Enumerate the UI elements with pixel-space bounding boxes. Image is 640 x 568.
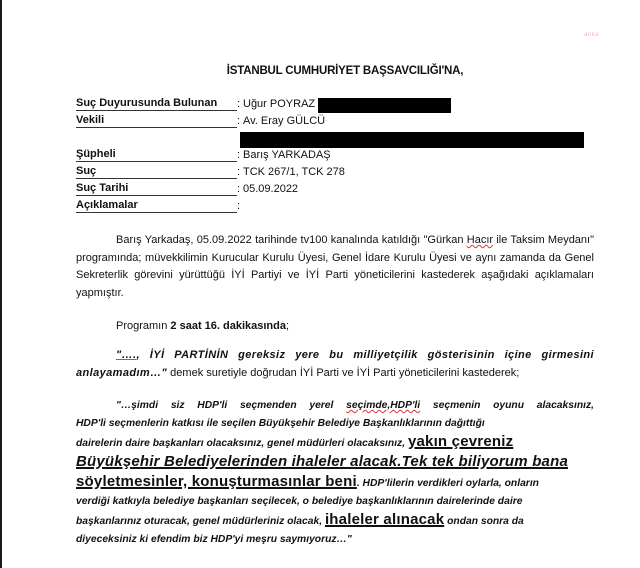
field-attorney: Vekili:Av. Eray GÜLCÜ: [76, 114, 345, 131]
emphasized-quote: söyletmesinler, konuşturmasınlar beni: [76, 473, 357, 490]
paragraph-program-time: Programın 2 saat 16. dakikasında;: [76, 318, 594, 336]
field-label: Suç: [76, 165, 237, 179]
header-fields: Suç Duyurusunda Bulunan:Uğur POYRAZ Veki…: [76, 97, 345, 216]
quote-line: dairelerin daire başkanları olacaksınız,…: [76, 433, 594, 453]
paragraph-text: demek suretiyle doğrudan İYİ Parti ve İY…: [167, 367, 519, 379]
field-explanations: Açıklamalar:: [76, 199, 345, 216]
quote-line: "…şimdi siz HDP'li seçmenden yerel seçim…: [76, 397, 594, 415]
spellcheck-word: seçimde,HDP'li: [346, 400, 420, 411]
field-value: TCK 267/1, TCK 278: [243, 165, 345, 180]
watermark-logo: anka: [584, 32, 599, 38]
field-offense: Suç:TCK 267/1, TCK 278: [76, 165, 345, 182]
paragraph-text: Programın: [116, 320, 170, 332]
field-complainant: Suç Duyurusunda Bulunan:Uğur POYRAZ: [76, 97, 345, 114]
quote-text: "…şimdi siz HDP'li seçmenden yerel: [116, 400, 346, 411]
field-label: Vekili: [76, 114, 237, 128]
quote-line: Büyükşehir Belediyelerinden ihaleler ala…: [76, 453, 594, 473]
field-label: Suç Tarihi: [76, 182, 237, 196]
paragraph-text: ;: [286, 320, 289, 332]
quote-line: diyeceksiniz ki efendim biz HDP'yi meşru…: [76, 531, 594, 549]
field-label: Suç Duyurusunda Bulunan: [76, 97, 237, 111]
emphasized-quote: yakın çevreniz: [408, 433, 513, 450]
redaction-bar: [318, 98, 451, 113]
emphasized-quote: Büyükşehir Belediyelerinden ihaleler ala…: [76, 453, 568, 470]
quote-text: başkanlarınız oturacak, genel müdürlerin…: [76, 516, 325, 527]
quote-line: başkanlarınız oturacak, genel müdürlerin…: [76, 511, 594, 531]
quote-open: "….: [116, 349, 136, 361]
quote-text: seçmenin oyunu alacaksınız,: [420, 400, 594, 411]
redaction-bar: [240, 132, 584, 148]
field-suspect: Şüpheli:Barış YARKADAŞ: [76, 148, 345, 165]
quote-line: verdiği katkıyla belediye başkanları seç…: [76, 493, 594, 511]
quote-line: söyletmesinler, konuşturmasınlar beni. H…: [76, 473, 594, 493]
paragraph-intro: Barış Yarkadaş, 05.09.2022 tarihinde tv1…: [76, 232, 594, 302]
quote-text: . HDP'lilerin verdikleri oylarla, onları…: [357, 478, 539, 489]
quote-text: ondan sonra da: [444, 516, 524, 527]
page-left-border: [0, 0, 2, 568]
emphasized-quote: ihaleler alınacak: [325, 511, 444, 528]
field-offense-date: Suç Tarihi:05.09.2022: [76, 182, 345, 199]
field-value: 05.09.2022: [243, 182, 298, 197]
document-title: İSTANBUL CUMHURİYET BAŞSAVCILIĞI'NA,: [0, 65, 640, 77]
quote-line: HDP'li seçmenlerin katkısı ile seçilen B…: [76, 415, 594, 433]
quote-text: dairelerin daire başkanları olacaksınız,…: [76, 438, 408, 449]
field-value: Barış YARKADAŞ: [243, 148, 331, 163]
spellcheck-word: Hacır: [467, 234, 493, 246]
field-label: Şüpheli: [76, 148, 237, 162]
paragraph-bold-text: 2 saat 16. dakikasında: [170, 320, 286, 332]
paragraph-quote-2: "…şimdi siz HDP'li seçmenden yerel seçim…: [76, 397, 594, 549]
field-value: Av. Eray GÜLCÜ: [243, 114, 325, 129]
paragraph-text: Barış Yarkadaş, 05.09.2022 tarihinde tv1…: [116, 234, 467, 246]
field-value: Uğur POYRAZ: [243, 97, 315, 112]
paragraph-quote-1: "…., İYİ PARTİNİN gereksiz yere bu milli…: [76, 346, 594, 382]
field-colon: :: [237, 199, 243, 214]
field-label: Açıklamalar: [76, 199, 237, 213]
